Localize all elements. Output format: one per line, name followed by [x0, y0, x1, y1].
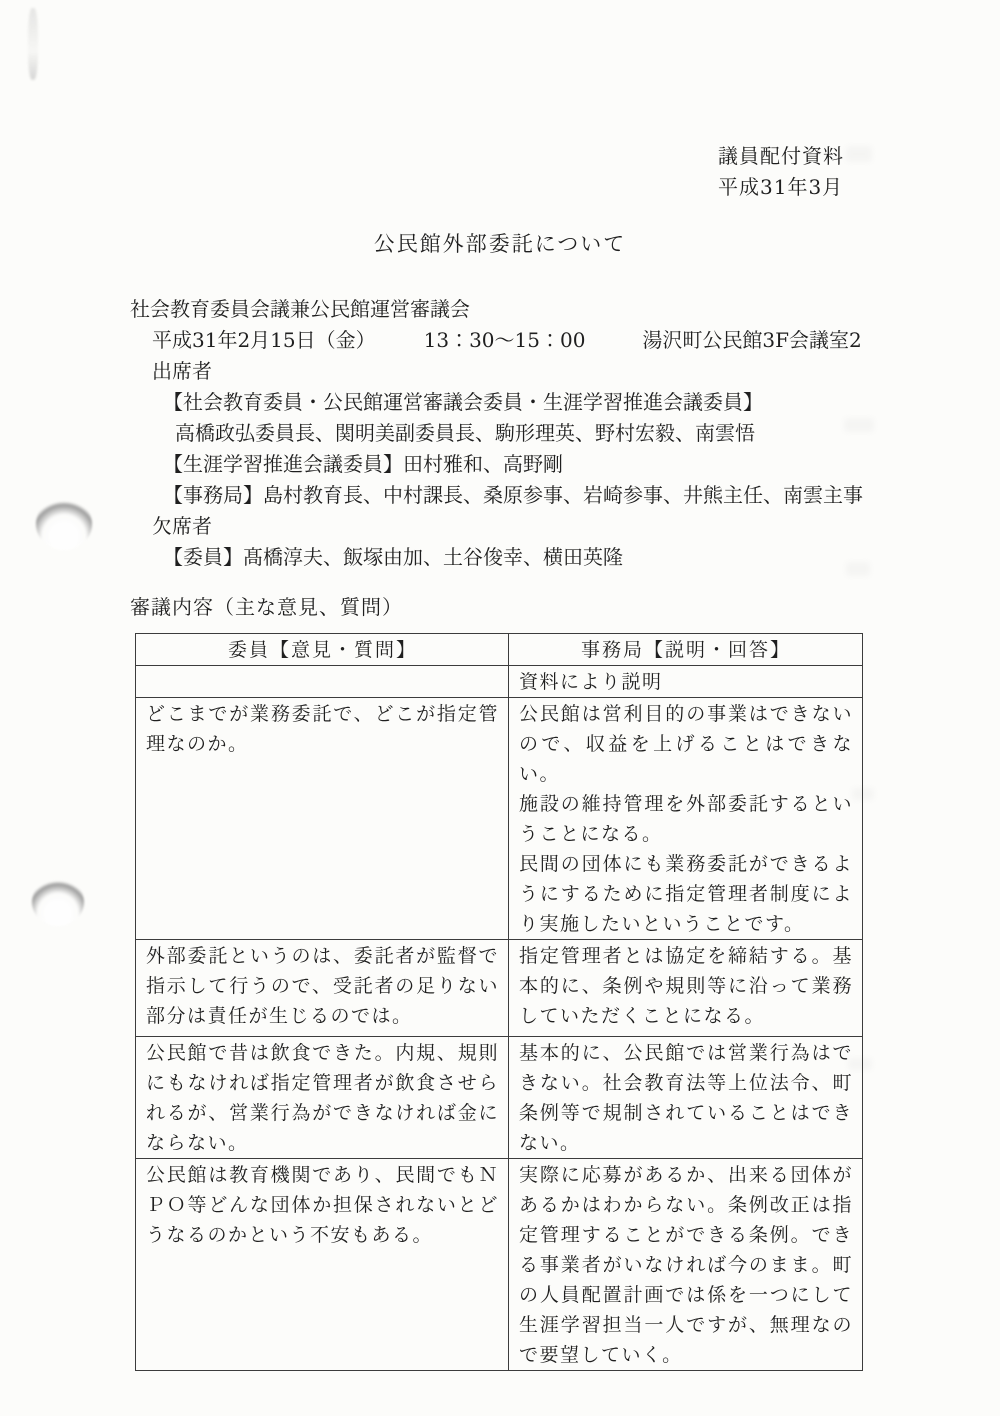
document-page: 議員配付資料 平成31年3月 公民館外部委託について 社会教育委員会議兼公民館運… [0, 0, 1000, 1416]
discussion-table: 委員【意見・質問】 事務局【説明・回答】 資料により説明 どこまでが業務委託で、… [135, 633, 863, 1371]
table-row: 資料により説明 [136, 666, 863, 698]
meeting-info-block: 社会教育委員会議兼公民館運営審議会 平成31年2月15日（金）13：30～15：… [130, 294, 872, 573]
scan-scratch-artifact [28, 8, 38, 80]
table-row: 外部委託というのは、委託者が監督で指示して行うので、受託者の足りない部分は責任が… [136, 940, 863, 1037]
committee-cell: 公民館で昔は飲食できた。内規、規則にもなければ指定管理者が飲食させられるが、営業… [136, 1037, 509, 1159]
office-cell: 資料により説明 [509, 666, 863, 698]
meeting-time: 13：30～15：00 [424, 328, 586, 352]
meeting-datetime-line: 平成31年2月15日（金）13：30～15：00湯沢町公民館3F会議室2 [130, 325, 872, 356]
header-distribution-label: 議員配付資料 [718, 141, 844, 172]
attendee-group-2-line: 【生涯学習推進会議委員】田村雅和、高野剛 [130, 449, 872, 480]
document-header: 議員配付資料 平成31年3月 [718, 141, 844, 203]
header-era-date: 平成31年3月 [718, 172, 844, 203]
table-caption: 審議内容（主な意見、質問） [130, 592, 403, 623]
meeting-date: 平成31年2月15日（金） [152, 328, 376, 352]
absentees-label: 欠席者 [130, 511, 872, 542]
committee-cell: 公民館は教育機関であり、民間でもＮＰＯ等どんな団体か担保されないとどうなるのかと… [136, 1159, 509, 1371]
table-header-row: 委員【意見・質問】 事務局【説明・回答】 [136, 634, 863, 666]
office-cell: 基本的に、公民館では営業行為はできない。社会教育法等上位法令、町条例等で規制され… [509, 1037, 863, 1159]
table-row: 公民館で昔は飲食できた。内規、規則にもなければ指定管理者が飲食させられるが、営業… [136, 1037, 863, 1159]
punch-hole-shadow-top [36, 498, 92, 550]
attendee-group-1-members: 高橋政弘委員長、関明美副委員長、駒形理英、野村宏毅、南雲悟 [130, 418, 872, 449]
col-header-committee: 委員【意見・質問】 [136, 634, 509, 666]
absentee-members-line: 【委員】髙橋淳夫、飯塚由加、土谷俊幸、横田英隆 [130, 542, 872, 573]
attendee-secretariat-line: 【事務局】島村教育長、中村課長、桑原参事、岩崎参事、井熊主任、南雲主事 [130, 480, 872, 511]
scan-smudge [846, 146, 872, 162]
document-title: 公民館外部委託について [0, 229, 1000, 260]
col-header-office: 事務局【説明・回答】 [509, 634, 863, 666]
meeting-name: 社会教育委員会議兼公民館運営審議会 [130, 294, 872, 325]
meeting-location: 湯沢町公民館3F会議室2 [642, 328, 861, 352]
office-cell: 公民館は営利目的の事業はできないので、収益を上げることはできない。 施設の維持管… [509, 698, 863, 940]
table-row: 公民館は教育機関であり、民間でもＮＰＯ等どんな団体か担保されないとどうなるのかと… [136, 1159, 863, 1371]
punch-hole-shadow-bottom [32, 878, 84, 926]
attendees-label: 出席者 [130, 356, 872, 387]
table-row: どこまでが業務委託で、どこが指定管理なのか。 公民館は営利目的の事業はできないの… [136, 698, 863, 940]
committee-cell: 外部委託というのは、委託者が監督で指示して行うので、受託者の足りない部分は責任が… [136, 940, 509, 1037]
committee-cell: どこまでが業務委託で、どこが指定管理なのか。 [136, 698, 509, 940]
office-cell: 指定管理者とは協定を締結する。基本的に、条例や規則等に沿って業務していただくこと… [509, 940, 863, 1037]
attendee-group-1-heading: 【社会教育委員・公民館運営審議会委員・生涯学習推進会議委員】 [130, 387, 872, 418]
committee-cell [136, 666, 509, 698]
office-cell: 実際に応募があるか、出来る団体があるかはわからない。条例改正は指定管理することが… [509, 1159, 863, 1371]
